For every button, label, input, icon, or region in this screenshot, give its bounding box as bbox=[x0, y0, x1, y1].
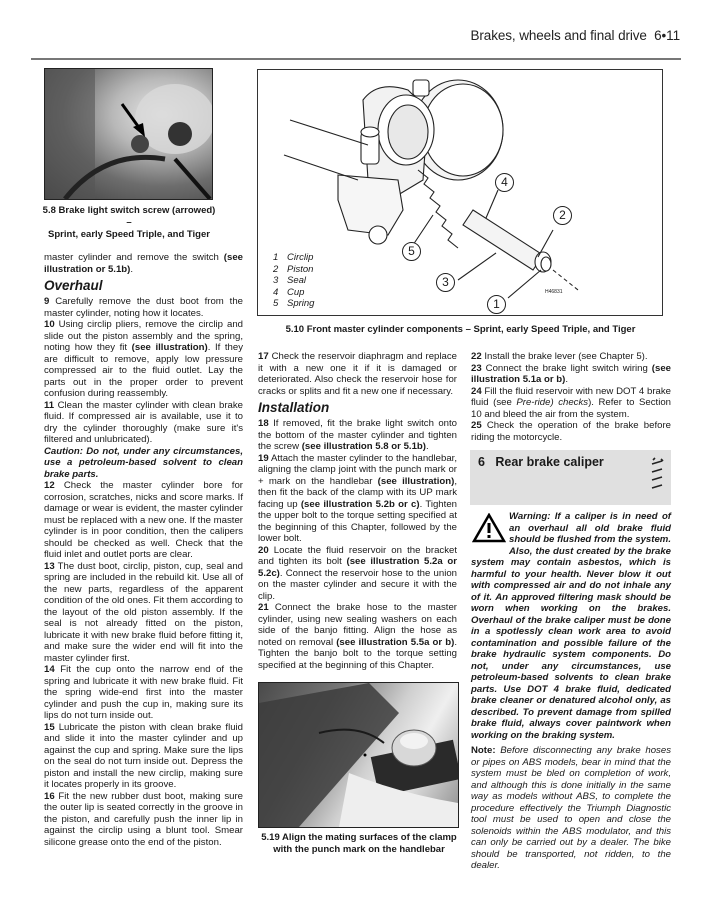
step-16: 16 Fit the new rubber dust boot, making … bbox=[44, 791, 243, 849]
step-17: 17 Check the reservoir diaphragm and rep… bbox=[258, 351, 457, 397]
step-12: 12 Check the master cylinder bore for co… bbox=[44, 480, 243, 561]
step-13: 13 The dust boot, circlip, piston, cup, … bbox=[44, 561, 243, 665]
legend-item: 4Cup bbox=[273, 287, 314, 299]
step-25: 25 Check the operation of the brake befo… bbox=[471, 420, 671, 443]
photo-content bbox=[45, 69, 212, 199]
warning-text-block: Warning: If a caliper is in need of an o… bbox=[471, 511, 671, 741]
step-23: 23 Connect the brake light switch wiring… bbox=[471, 363, 671, 386]
step-22: 22 Install the brake lever (see Chapter … bbox=[471, 351, 671, 363]
callout-5: 5 bbox=[402, 242, 421, 261]
note-text: Note: Before disconnecting any brake hos… bbox=[471, 745, 671, 872]
page-number: 6•11 bbox=[654, 28, 680, 43]
step-9: 9 Carefully remove the dust boot from th… bbox=[44, 296, 243, 319]
photo-brake-light-switch bbox=[44, 68, 213, 200]
photo-content bbox=[259, 683, 458, 827]
step-24: 24 Fill the fluid reservoir with new DOT… bbox=[471, 386, 671, 421]
diagram-master-cylinder: 4 2 5 3 1 H46831 1Circlip 2Piston 3Seal … bbox=[257, 69, 663, 316]
callout-2: 2 bbox=[553, 206, 572, 225]
step-15: 15 Lubricate the piston with clean brake… bbox=[44, 722, 243, 791]
caption-fig-5-8: 5.8 Brake light switch screw (arrowed) –… bbox=[40, 205, 218, 241]
note-block: Note: Before disconnecting any brake hos… bbox=[471, 745, 671, 872]
caption-line: 5.19 Align the mating surfaces of the cl… bbox=[256, 832, 462, 844]
chapter-title: Brakes, wheels and final drive bbox=[470, 28, 646, 43]
paragraph: master cylinder and remove the switch (s… bbox=[44, 252, 243, 275]
step-18: 18 If removed, fit the brake light switc… bbox=[258, 418, 457, 453]
header-divider bbox=[31, 58, 681, 60]
step-10: 10 Using circlip pliers, remove the circ… bbox=[44, 319, 243, 400]
callout-1: 1 bbox=[487, 295, 506, 314]
caution-note: Caution: Do not, under any circumstances… bbox=[44, 446, 243, 481]
caption-line: 5.8 Brake light switch screw (arrowed) – bbox=[40, 205, 218, 229]
caption-line: Sprint, early Speed Triple, and Tiger bbox=[40, 229, 218, 241]
step-21: 21 Connect the brake hose to the master … bbox=[258, 602, 457, 671]
legend-item: 5Spring bbox=[273, 298, 314, 310]
difficulty-wrench-icon bbox=[649, 456, 665, 496]
column-1: master cylinder and remove the switch (s… bbox=[44, 252, 243, 848]
diagram-legend: 1Circlip 2Piston 3Seal 4Cup 5Spring bbox=[273, 252, 314, 310]
section-header-rear-brake-caliper: 6 Rear brake caliper bbox=[470, 450, 671, 505]
step-14: 14 Fit the cup onto the narrow end of th… bbox=[44, 664, 243, 722]
callout-3: 3 bbox=[436, 273, 455, 292]
legend-item: 3Seal bbox=[273, 275, 314, 287]
caption-fig-5-10: 5.10 Front master cylinder components – … bbox=[257, 324, 664, 336]
photo-handlebar-clamp bbox=[258, 682, 459, 828]
callout-4: 4 bbox=[495, 173, 514, 192]
figure-reference: H46831 bbox=[545, 289, 563, 295]
section-title: 6 Rear brake caliper bbox=[478, 455, 604, 469]
step-11: 11 Clean the master cylinder with clean … bbox=[44, 400, 243, 446]
column-2: 17 Check the reservoir diaphragm and rep… bbox=[258, 351, 457, 671]
column-3: 22 Install the brake lever (see Chapter … bbox=[471, 351, 671, 443]
caption-line: with the punch mark on the handlebar bbox=[256, 844, 462, 856]
caption-fig-5-19: 5.19 Align the mating surfaces of the cl… bbox=[256, 832, 462, 856]
master-cylinder-illustration bbox=[258, 70, 662, 315]
legend-item: 1Circlip bbox=[273, 252, 314, 264]
heading-installation: Installation bbox=[258, 400, 457, 416]
step-19: 19 Attach the master cylinder to the han… bbox=[258, 453, 457, 545]
step-20: 20 Locate the fluid reservoir on the bra… bbox=[258, 545, 457, 603]
page-header: Brakes, wheels and final drive 6•11 bbox=[470, 28, 680, 43]
heading-overhaul: Overhaul bbox=[44, 278, 243, 294]
warning-icon-spacer bbox=[471, 511, 509, 547]
legend-item: 2Piston bbox=[273, 264, 314, 276]
